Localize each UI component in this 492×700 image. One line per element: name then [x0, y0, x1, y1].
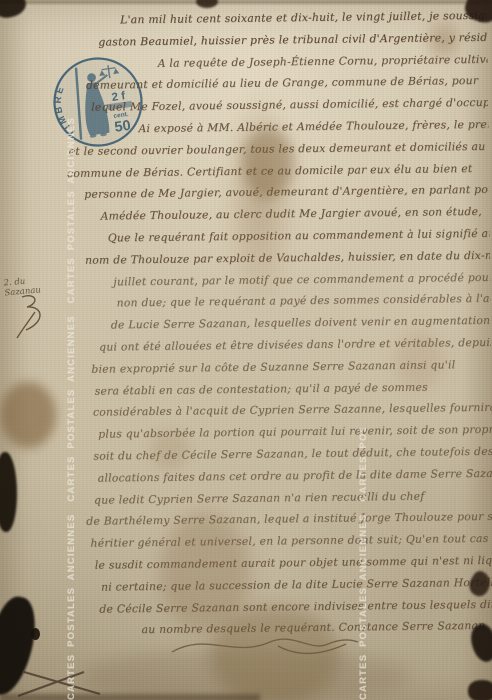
pencil-cross-mark	[16, 668, 108, 698]
ink-blot	[0, 452, 17, 532]
corner-ink-blot	[0, 0, 28, 21]
document-photo: TIMBRE 2 f cent. 50 L'an mil huit cent s…	[0, 0, 492, 700]
signature-flourish	[168, 626, 364, 662]
stain-blob	[0, 382, 56, 448]
paraph-mark	[14, 292, 52, 340]
top-edge-shadow	[0, 0, 492, 4]
ink-blot	[468, 680, 492, 700]
manuscript: L'an mil huit cent soixante et dix-huit,…	[64, 5, 492, 660]
ink-dot	[31, 628, 40, 640]
top-edge-blot	[196, 0, 218, 8]
